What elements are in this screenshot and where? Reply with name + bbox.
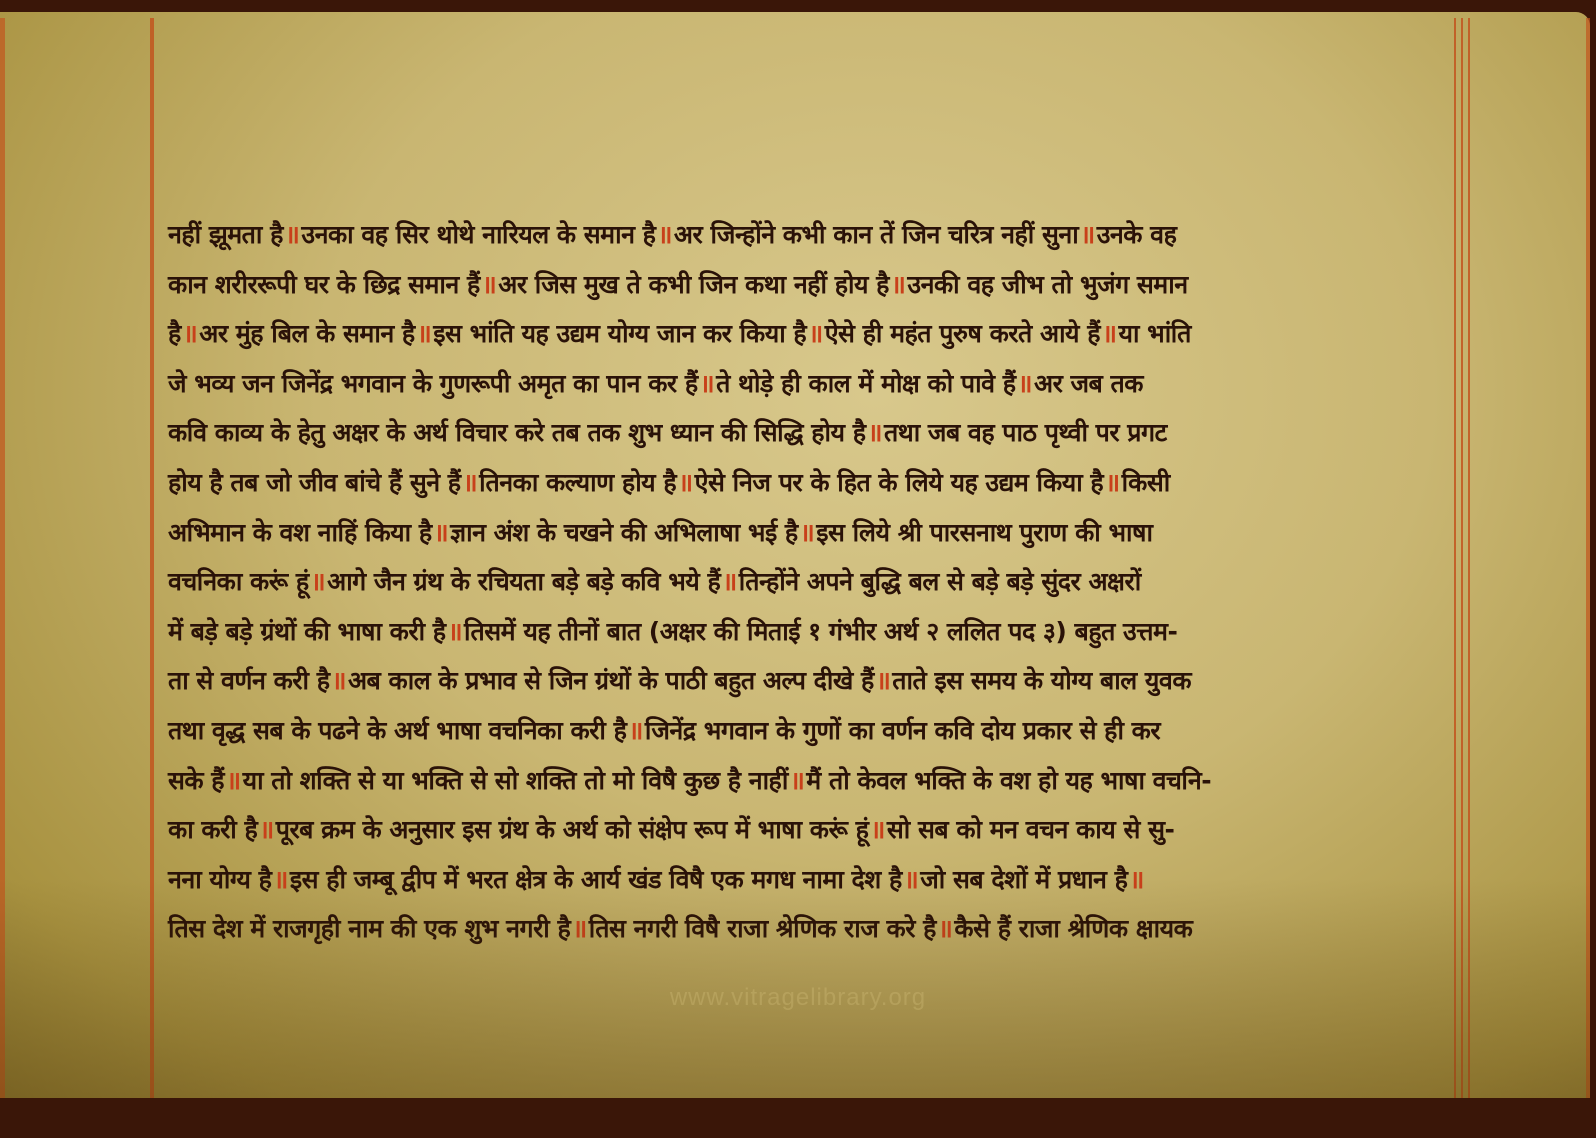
- right-margin-rule-3: [1468, 18, 1470, 1098]
- danda-mark: ॥: [1080, 220, 1094, 249]
- danda-mark: ॥: [259, 815, 273, 844]
- text-line: जे भव्य जन जिनेंद्र भगवान के गुणरूपी अमृ…: [168, 359, 1450, 409]
- text-line: में बड़े बड़े ग्रंथों की भाषा करी है॥तिस…: [168, 607, 1450, 657]
- text-line: तथा वृद्ध सब के पढने के अर्थ भाषा वचनिका…: [168, 706, 1450, 756]
- text-line: तिस देश में राजगृही नाम की एक शुभ नगरी ह…: [168, 904, 1450, 954]
- text-line: नना योग्य है॥इस ही जम्बू द्वीप में भरत क…: [168, 855, 1450, 905]
- watermark-text: www.vitragelibrary.org: [0, 984, 1596, 1012]
- danda-mark: ॥: [700, 369, 714, 398]
- left-margin-rule: [150, 18, 154, 1098]
- danda-mark: ॥: [876, 666, 890, 695]
- manuscript-text-block: नहीं झूमता है॥उनका वह सिर थोथे नारियल के…: [168, 210, 1450, 954]
- danda-mark: ॥: [448, 617, 462, 646]
- text-line: वचनिका करूं हूं॥आगे जैन ग्रंथ के रचियता …: [168, 557, 1450, 607]
- text-line: नहीं झूमता है॥उनका वह सिर थोथे नारियल के…: [168, 210, 1450, 260]
- text-line: अभिमान के वश नाहिं किया है॥ज्ञान अंश के …: [168, 508, 1450, 558]
- danda-mark: ॥: [273, 865, 287, 894]
- danda-mark: ॥: [891, 270, 905, 299]
- danda-mark: ॥: [800, 518, 814, 547]
- right-margin-rule-1: [1454, 18, 1456, 1098]
- text-line: का करी है॥पूरब क्रम के अनुसार इस ग्रंथ क…: [168, 805, 1450, 855]
- danda-mark: ॥: [722, 567, 736, 596]
- danda-mark: ॥: [938, 914, 952, 943]
- danda-mark: ॥: [331, 666, 345, 695]
- danda-mark: ॥: [628, 716, 642, 745]
- danda-mark: ॥: [434, 518, 448, 547]
- danda-mark: ॥: [463, 468, 477, 497]
- danda-mark: ॥: [904, 865, 918, 894]
- danda-mark: ॥: [311, 567, 325, 596]
- right-page-edge-rule: [1586, 18, 1590, 1098]
- text-line: है॥अर मुंह बिल के समान है॥इस भांति यह उद…: [168, 309, 1450, 359]
- danda-mark: ॥: [790, 766, 804, 795]
- text-line: कान शरीररूपी घर के छिद्र समान हैं॥अर जिस…: [168, 260, 1450, 310]
- danda-mark: ॥: [183, 319, 197, 348]
- danda-mark: ॥: [657, 220, 671, 249]
- danda-mark: ॥: [226, 766, 240, 795]
- danda-mark: ॥: [1017, 369, 1031, 398]
- text-line: ता से वर्णन करी है॥अब काल के प्रभाव से ज…: [168, 656, 1450, 706]
- danda-mark: ॥: [572, 914, 586, 943]
- danda-mark: ॥: [1105, 468, 1119, 497]
- text-line: सके हैं॥या तो शक्ति से या भक्ति से सो शक…: [168, 756, 1450, 806]
- danda-mark: ॥: [868, 418, 882, 447]
- text-line: होय है तब जो जीव बांचे हैं सुने हैं॥तिनक…: [168, 458, 1450, 508]
- left-page-edge-rule: [0, 18, 5, 1098]
- right-margin-rule-2: [1461, 18, 1463, 1098]
- danda-mark: ॥: [285, 220, 299, 249]
- danda-mark: ॥: [1129, 865, 1143, 894]
- danda-mark: ॥: [1102, 319, 1116, 348]
- danda-mark: ॥: [808, 319, 822, 348]
- danda-mark: ॥: [870, 815, 884, 844]
- danda-mark: ॥: [678, 468, 692, 497]
- danda-mark: ॥: [417, 319, 431, 348]
- text-line: कवि काव्य के हेतु अक्षर के अर्थ विचार कर…: [168, 408, 1450, 458]
- manuscript-page: नहीं झूमता है॥उनका वह सिर थोथे नारियल के…: [0, 12, 1590, 1098]
- danda-mark: ॥: [482, 270, 496, 299]
